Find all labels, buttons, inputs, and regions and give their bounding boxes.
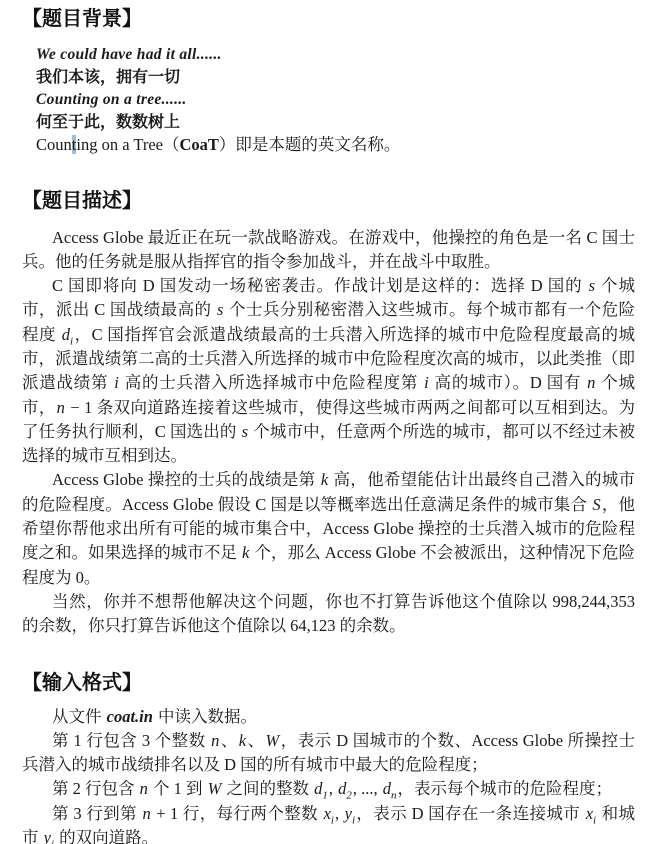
- input-line-3: 第 3 行到第 n + 1 行，每行两个整数 xi, yi，表示 D 国存在一条…: [22, 802, 635, 844]
- math-var: yi: [43, 828, 55, 844]
- math-var: i: [113, 373, 120, 392]
- input-line-1: 第 1 行包含 3 个整数 n、k、W，表示 D 国城市的个数、Access G…: [22, 729, 635, 778]
- input-filename: coat.in: [106, 707, 154, 726]
- math-subscript: n: [391, 790, 397, 802]
- math-var: n: [586, 373, 596, 392]
- section-description: 【题目描述】Access Globe 最近正在玩一款战略游戏。在游戏中，他操控的…: [22, 188, 635, 639]
- math-var: d2: [337, 779, 353, 798]
- math-var: k: [320, 470, 329, 489]
- math-var: n: [141, 804, 151, 823]
- math-subscript: i: [352, 814, 355, 826]
- math-var: n: [139, 779, 149, 798]
- math-var: n: [210, 731, 220, 750]
- math-var: xi: [585, 804, 597, 823]
- quote-block: We could have had it all......我们本该，拥有一切C…: [36, 44, 635, 157]
- section-input-format: 【输入格式】从文件 coat.in 中读入数据。第 1 行包含 3 个整数 n、…: [22, 670, 635, 844]
- math-var: di: [61, 325, 74, 344]
- input-line-file: 从文件 coat.in 中读入数据。: [22, 705, 635, 729]
- math-subscript: i: [593, 814, 596, 826]
- math-var: k: [238, 731, 247, 750]
- math-subscript: 1: [322, 790, 328, 802]
- section-background: 【题目背景】We could have had it all......我们本该…: [22, 6, 635, 157]
- math-var: s: [588, 276, 596, 295]
- math-var: S: [591, 495, 601, 514]
- english-title-line: Counting on a Tree（CoaT）即是本题的英文名称。: [36, 134, 635, 157]
- math-var: yi: [344, 804, 356, 823]
- math-subscript: 2: [346, 790, 352, 802]
- math-var: dn: [382, 779, 398, 798]
- paragraph-4: 当然，你并不想帮他解决这个问题，你也不打算告诉他这个值除以 998,244,35…: [22, 590, 635, 639]
- math-var: d1: [313, 779, 329, 798]
- math-subscript: i: [51, 838, 54, 844]
- math-var: s: [216, 300, 224, 319]
- heading-description: 【题目描述】: [22, 188, 635, 214]
- heading-background: 【题目背景】: [22, 6, 635, 32]
- verse-line-zh-2: 何至于此，数数树上: [36, 112, 635, 135]
- math-subscript: i: [331, 814, 334, 826]
- verse-line-en-1: We could have had it all......: [36, 44, 635, 67]
- math-subscript: i: [70, 335, 73, 347]
- math-var: s: [241, 422, 249, 441]
- paragraph-2: C 国即将向 D 国发动一场秘密袭击。作战计划是这样的：选择 D 国的 s 个城…: [22, 274, 635, 468]
- verse-line-zh-1: 我们本该，拥有一切: [36, 67, 635, 90]
- heading-input-format: 【输入格式】: [22, 670, 635, 696]
- math-var: k: [241, 543, 250, 562]
- math-var: xi: [323, 804, 335, 823]
- verse-line-en-2: Counting on a tree......: [36, 89, 635, 112]
- paragraph-1: Access Globe 最近正在玩一款战略游戏。在游戏中，他操控的角色是一名 …: [22, 226, 635, 275]
- math-var: n: [56, 398, 66, 417]
- paragraph-3: Access Globe 操控的士兵的战绩是第 k 高，他希望能估计出最终自己潜…: [22, 468, 635, 589]
- text-selection-highlight: t: [72, 135, 77, 154]
- math-var: W: [207, 779, 223, 798]
- problem-document: 【题目背景】We could have had it all......我们本该…: [0, 0, 657, 844]
- math-var: i: [423, 373, 430, 392]
- math-var: W: [265, 731, 281, 750]
- input-line-2: 第 2 行包含 n 个 1 到 W 之间的整数 d1, d2, ..., dn，…: [22, 777, 635, 801]
- bold-text: CoaT: [179, 135, 218, 154]
